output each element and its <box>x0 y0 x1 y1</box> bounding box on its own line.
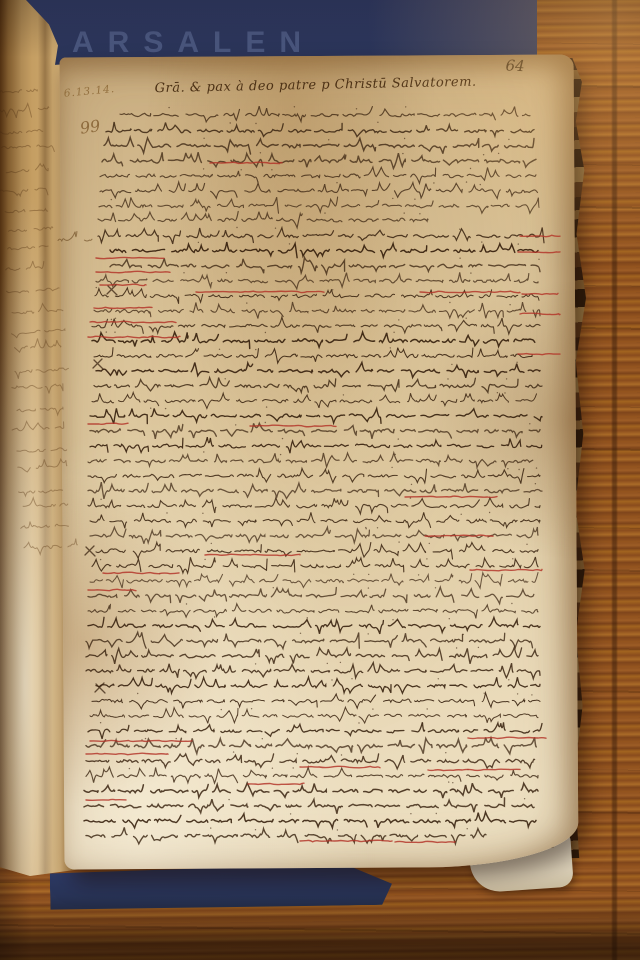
manuscript-page: Grā. & pax à deo patre p Christū Salvato… <box>60 54 579 869</box>
cover-stamp-text: ARSALEN <box>72 26 315 60</box>
paper-texture <box>60 54 579 869</box>
page-heading: Grā. & pax à deo patre p Christū Salvato… <box>155 75 455 96</box>
margin-number-note: 99 <box>79 116 102 138</box>
margin-date-note: 6.13.14. <box>63 83 115 100</box>
archive-photo: ARSALEN 93 Grā. & pax à deo patre p Chri… <box>0 0 640 960</box>
folio-number: 64 <box>505 56 525 75</box>
